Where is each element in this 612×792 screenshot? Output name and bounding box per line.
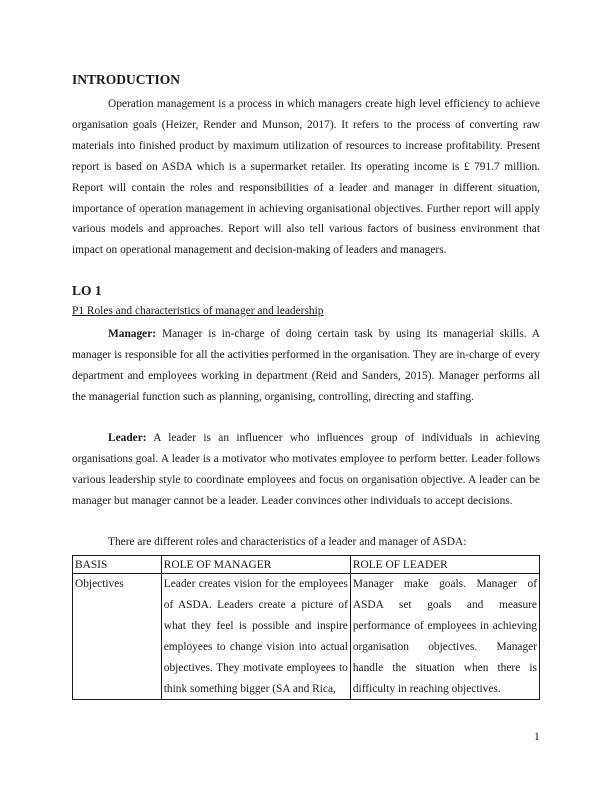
cell-role-of-manager: Leader creates vision for the employees … [161, 574, 350, 700]
table-row: Objectives Leader creates vision for the… [73, 574, 540, 700]
introduction-paragraph: Operation management is a process in whi… [72, 94, 540, 261]
manager-label: Manager: [108, 328, 156, 340]
leader-label: Leader: [108, 432, 147, 444]
roles-table: BASIS ROLE OF MANAGER ROLE OF LEADER Obj… [72, 555, 540, 700]
leader-paragraph: Leader: A leader is an influencer who in… [72, 428, 540, 512]
manager-paragraph: Manager: Manager is in-charge of doing c… [72, 324, 540, 408]
header-basis: BASIS [73, 556, 162, 574]
cell-basis: Objectives [73, 574, 162, 700]
page-number: 1 [534, 731, 540, 743]
lo1-heading: LO 1 [72, 283, 102, 299]
introduction-heading: INTRODUCTION [72, 72, 180, 88]
header-role-of-manager: ROLE OF MANAGER [161, 556, 350, 574]
header-role-of-leader: ROLE OF LEADER [350, 556, 539, 574]
table-intro: There are different roles and characteri… [72, 532, 540, 553]
table-header-row: BASIS ROLE OF MANAGER ROLE OF LEADER [73, 556, 540, 574]
p1-subheading: P1 Roles and characteristics of manager … [72, 303, 323, 319]
cell-role-of-leader: Manager make goals. Manager of ASDA set … [350, 574, 539, 700]
